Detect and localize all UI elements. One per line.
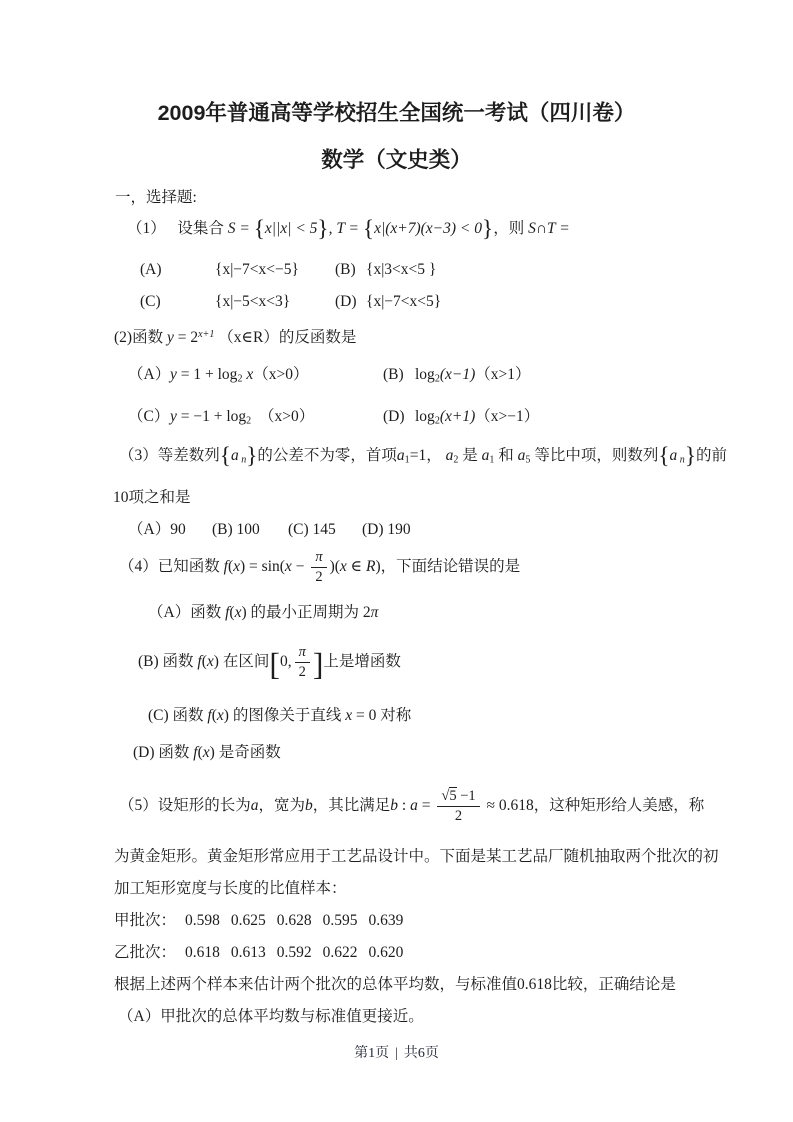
brace-glyph: { bbox=[254, 216, 265, 242]
text-run: x bbox=[207, 653, 214, 670]
text-run: 2 bbox=[455, 808, 462, 824]
text-run: ) 在区间 bbox=[214, 653, 270, 670]
sample-jia-label: 甲批次： bbox=[114, 912, 176, 929]
text-run: 5 bbox=[449, 787, 456, 804]
sample-value: 0.598 bbox=[185, 909, 220, 933]
math-fraction: √5 −12 bbox=[437, 788, 479, 824]
question-5-stem-line2: 为黄金矩形。黄金矩形常应用于工艺品设计中。下面是某工艺品厂随机抽取两个批次的初 bbox=[114, 845, 719, 869]
text-run: 上是增函数 bbox=[323, 653, 401, 670]
text-run: （x>1） bbox=[475, 366, 530, 383]
text-run: 2 bbox=[315, 569, 322, 585]
text-run: 的公差不为零，首项 bbox=[257, 447, 397, 464]
text-run: : bbox=[398, 797, 410, 814]
text-run: （x>0） bbox=[251, 408, 314, 425]
text-run: （x∈R）的反函数是 bbox=[214, 329, 356, 346]
text-run: 是 bbox=[458, 447, 481, 464]
brace-glyph: } bbox=[317, 216, 328, 242]
text-run: x bbox=[217, 707, 224, 724]
text-run: （1） 设集合 bbox=[127, 220, 228, 237]
footer-total-pages: 共6页 bbox=[404, 1046, 439, 1061]
text-run: ) = sin( bbox=[240, 558, 285, 575]
brace-glyph: } bbox=[246, 443, 257, 469]
text-run: 等比中项，则数列 bbox=[530, 447, 658, 464]
sample-value: 0.618 bbox=[185, 941, 220, 965]
text-run: R bbox=[366, 558, 375, 575]
text-run: π bbox=[299, 644, 306, 660]
q4-option-d: (D) 函数 f(x) 是奇函数 bbox=[133, 741, 281, 765]
sample-yi-values: 0.6180.6130.5920.6220.620 bbox=[185, 941, 403, 965]
sample-value: 0.613 bbox=[231, 941, 266, 965]
q1-option-d-text: {x|−7<x<5} bbox=[366, 290, 441, 314]
text-run: log bbox=[415, 366, 435, 383]
q1-option-b-text: {x|3<x<5 } bbox=[366, 258, 436, 282]
text-run: ∈ bbox=[347, 558, 366, 575]
text-run: − bbox=[292, 558, 309, 575]
q3-option-a: （A）90 bbox=[128, 518, 186, 542]
sample-jia-values: 0.5980.6250.6280.5950.639 bbox=[185, 909, 403, 933]
text-run: x+1 bbox=[198, 329, 214, 340]
exam-title: 2009年普通高等学校招生全国统一考试（四川卷） bbox=[0, 100, 793, 126]
math-fraction: π2 bbox=[295, 644, 310, 680]
q5-conclusion: 根据上述两个样本来估计两个批次的总体平均数，与标准值0.618比较，正确结论是 bbox=[114, 973, 676, 997]
text-run: a bbox=[251, 797, 259, 814]
sample-value: 0.625 bbox=[231, 909, 266, 933]
bracket-glyph: [ bbox=[269, 647, 280, 682]
sample-value: 0.639 bbox=[369, 909, 404, 933]
text-run: S∩T = bbox=[528, 220, 570, 237]
sample-value: 0.620 bbox=[369, 941, 404, 965]
question-5-stem-line3: 加工矩形宽度与长度的比值样本： bbox=[114, 877, 347, 901]
sample-row-yi: 乙批次：0.6180.6130.5920.6220.620 bbox=[114, 941, 403, 965]
q2-option-d-label: (D) bbox=[383, 405, 405, 429]
text-run: T = bbox=[336, 220, 363, 237]
text-run: 0, bbox=[280, 653, 292, 670]
sample-row-jia: 甲批次：0.5980.6250.6280.5950.639 bbox=[114, 909, 403, 933]
text-run: ≈ 0.618，这种矩形给人美感，称 bbox=[483, 797, 705, 814]
bracket-glyph: ] bbox=[313, 647, 324, 682]
q1-option-d-label: (D) bbox=[335, 290, 357, 314]
text-run: 的前 bbox=[696, 447, 727, 464]
q5-option-a: （A）甲批次的总体平均数与标准值更接近。 bbox=[118, 1005, 424, 1029]
q4-option-a: （A）函数 f(x) 的最小正周期为 2π bbox=[148, 601, 378, 625]
text-run: π bbox=[315, 549, 322, 565]
sample-yi-label: 乙批次： bbox=[114, 944, 176, 961]
text-run: ，下面结论错误的是 bbox=[381, 558, 521, 575]
text-run: x bbox=[285, 558, 292, 575]
sample-value: 0.628 bbox=[277, 909, 312, 933]
footer-separator: | bbox=[395, 1046, 398, 1061]
exam-paper-page: 2009年普通高等学校招生全国统一考试（四川卷） 数学（文史类） 一，选择题: … bbox=[0, 0, 793, 1122]
text-run: (B) 函数 bbox=[138, 653, 197, 670]
q2-option-a-text: y = 1 + log2 x（x>0） bbox=[170, 363, 308, 392]
text-run: = 2 bbox=[174, 329, 198, 346]
text-run: = 0 对称 bbox=[352, 707, 411, 724]
q3-option-c: (C) 145 bbox=[288, 518, 336, 542]
question-3-stem-line1: （3）等差数列{a n}的公差不为零，首项a1=1， a2 是 a1 和 a5 … bbox=[119, 441, 727, 476]
q1-option-c-label: (C) bbox=[140, 290, 161, 314]
q2-option-c-label: （C） bbox=[128, 405, 169, 429]
text-run: ) 的图像关于直线 bbox=[224, 707, 345, 724]
exam-subtitle: 数学（文史类） bbox=[0, 147, 793, 173]
math-fraction: π2 bbox=[311, 549, 326, 585]
text-run: −1 bbox=[457, 788, 476, 804]
brace-glyph: { bbox=[363, 216, 374, 242]
brace-glyph: } bbox=[482, 216, 493, 242]
text-run: a bbox=[397, 447, 405, 464]
q1-option-c-text: {x|−5<x<3} bbox=[215, 290, 290, 314]
text-run: = bbox=[418, 797, 435, 814]
question-3-stem-line2: 10项之和是 bbox=[113, 486, 191, 510]
q4-option-c: (C) 函数 f(x) 的图像关于直线 x = 0 对称 bbox=[148, 704, 411, 728]
q2-option-a-label: （A） bbox=[128, 363, 170, 387]
q3-option-d: (D) 190 bbox=[362, 518, 411, 542]
text-run: π bbox=[371, 604, 379, 621]
text-run: S = bbox=[228, 220, 254, 237]
brace-glyph: } bbox=[685, 443, 696, 469]
text-run: （A）函数 bbox=[148, 604, 225, 621]
text-run: x bbox=[233, 558, 240, 575]
q2-option-d-text: log2(x+1)（x>−1） bbox=[415, 405, 539, 434]
text-run: log bbox=[415, 408, 435, 425]
text-run: （x>0） bbox=[253, 366, 308, 383]
q2-option-c-text: y = −1 + log2 （x>0） bbox=[170, 405, 314, 434]
text-run: a bbox=[231, 447, 239, 464]
text-run: a bbox=[410, 797, 418, 814]
text-run: (x+1) bbox=[440, 408, 475, 425]
text-run: （x>−1） bbox=[475, 408, 539, 425]
question-4-stem: （4）已知函数 f(x) = sin(x − π2)(x ∈ R)，下面结论错误… bbox=[119, 543, 520, 591]
text-run: y bbox=[170, 408, 177, 425]
question-5-stem-line1: （5）设矩形的长为a，宽为b，其比满足b : a = √5 −12 ≈ 0.61… bbox=[119, 779, 704, 833]
text-run: = 1 + log bbox=[177, 366, 238, 383]
sample-value: 0.622 bbox=[323, 941, 358, 965]
text-run: 和 bbox=[494, 447, 517, 464]
sample-value: 0.595 bbox=[323, 909, 358, 933]
text-run: =1， bbox=[410, 447, 446, 464]
text-run: )( bbox=[330, 558, 340, 575]
text-run: (D) 函数 bbox=[133, 744, 193, 761]
brace-glyph: { bbox=[220, 443, 231, 469]
text-run: x bbox=[203, 744, 210, 761]
text-run: b bbox=[390, 797, 398, 814]
text-run: ，则 bbox=[493, 220, 528, 237]
q4-option-b: (B) 函数 f(x) 在区间[0,π2]上是增函数 bbox=[138, 631, 401, 693]
text-run: （4）已知函数 bbox=[119, 558, 224, 575]
text-run: ，其比满足 bbox=[313, 797, 391, 814]
text-run: （3）等差数列 bbox=[119, 447, 220, 464]
text-run: y bbox=[167, 329, 174, 346]
text-run: ，宽为 bbox=[259, 797, 306, 814]
text-run: n bbox=[677, 455, 685, 466]
text-run: x||x| < 5 bbox=[265, 220, 318, 237]
question-1-stem: （1） 设集合 S = {x||x| < 5}, T = {x|(x+7)(x−… bbox=[127, 214, 570, 244]
q2-option-b-text: log2(x−1)（x>1） bbox=[415, 363, 531, 392]
text-run: = −1 + log bbox=[177, 408, 246, 425]
text-run: x|(x+7)(x−3) < 0 bbox=[374, 220, 482, 237]
text-run: （5）设矩形的长为 bbox=[119, 797, 251, 814]
brace-glyph: { bbox=[658, 443, 669, 469]
text-run: b bbox=[305, 797, 313, 814]
text-run: y bbox=[170, 366, 177, 383]
section-heading: 一，选择题: bbox=[115, 186, 197, 210]
text-run: (x−1) bbox=[440, 366, 475, 383]
question-2-stem: (2)函数 y = 2x+1 （x∈R）的反函数是 bbox=[114, 323, 356, 350]
q2-option-b-label: (B) bbox=[383, 363, 404, 387]
text-run: (C) 函数 bbox=[148, 707, 207, 724]
q1-option-b-label: (B) bbox=[335, 258, 356, 282]
text-run: 2 bbox=[299, 664, 306, 680]
sample-value: 0.592 bbox=[277, 941, 312, 965]
text-run: ) 是奇函数 bbox=[210, 744, 281, 761]
text-run: ) 的最小正周期为 2 bbox=[241, 604, 370, 621]
footer-page-number: 第1页 bbox=[354, 1046, 389, 1061]
text-run: (2)函数 bbox=[114, 329, 167, 346]
q1-option-a-text: {x|−7<x<−5} bbox=[215, 258, 299, 282]
q1-option-a-label: (A) bbox=[140, 258, 162, 282]
page-footer: 第1页|共6页 bbox=[0, 1044, 793, 1064]
text-run: x bbox=[340, 558, 347, 575]
q3-option-b: (B) 100 bbox=[212, 518, 260, 542]
